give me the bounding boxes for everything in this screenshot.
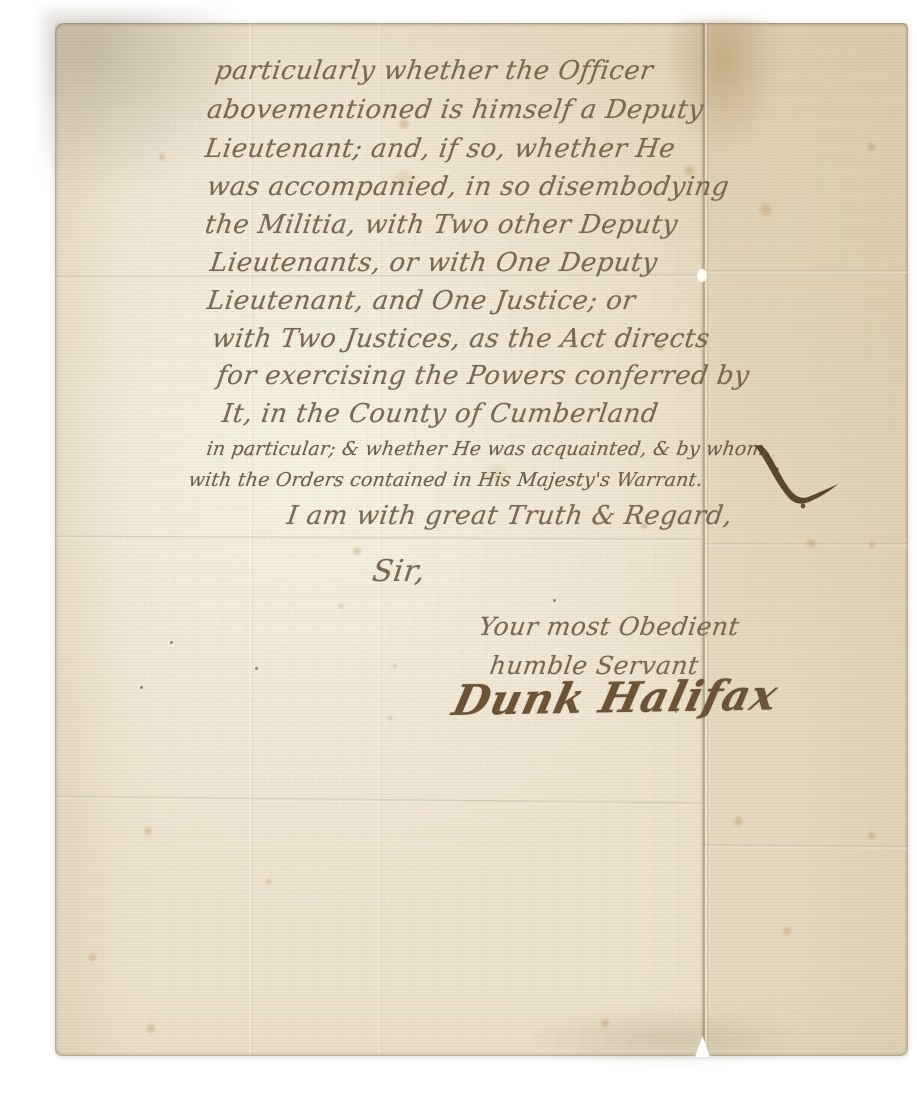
foxing-spot — [600, 1018, 610, 1028]
salutation-sir: Sir, — [370, 555, 428, 590]
foxing-spot — [758, 202, 773, 217]
ink-speck — [255, 667, 258, 670]
letter-paper: particularly whether the Officer aboveme… — [55, 23, 908, 1056]
letter-line: in particular; & whether He was acquaint… — [205, 439, 773, 461]
bottom-smudge — [525, 1008, 805, 1068]
letter-line: with the Orders contained in His Majesty… — [187, 470, 704, 492]
letter-line: the Militia, with Two other Deputy — [203, 211, 680, 241]
scanned-letter-image: particularly whether the Officer aboveme… — [0, 0, 917, 1100]
letter-line: particularly whether the Officer — [213, 57, 655, 87]
letter-line: It, in the County of Cumberland — [220, 400, 660, 430]
foxing-spot — [866, 142, 876, 152]
horizontal-crease-2-right — [703, 543, 908, 546]
letter-line: abovementioned is himself a Deputy — [205, 96, 705, 126]
letter-line: with Two Justices, as the Act directs — [210, 325, 712, 355]
closing-line: Your most Obedient — [477, 612, 741, 641]
letter-line: Lieutenants, or with One Deputy — [208, 249, 659, 279]
foxing-spot — [868, 541, 876, 549]
foxing-spot — [88, 953, 97, 962]
foxing-spot — [352, 546, 362, 556]
signature-dunk-halifax: Dunk Halifax — [448, 670, 783, 725]
letter-line: for exercising the Powers conferred by — [215, 362, 751, 392]
bottom-fold-notch — [695, 1036, 710, 1057]
letter-line: Lieutenant; and, if so, whether He — [203, 135, 677, 165]
ink-speck — [553, 599, 556, 602]
horizontal-crease-2-left — [55, 536, 703, 542]
foxing-spot — [145, 1023, 156, 1034]
paper-chip — [697, 269, 707, 282]
foxing-spot — [782, 926, 792, 936]
foxing-spot — [392, 663, 398, 669]
foxing-spot — [143, 826, 153, 836]
horizontal-crease-1-right — [703, 270, 908, 273]
foxing-spot — [338, 603, 344, 609]
foxing-spot — [158, 153, 166, 161]
horizontal-crease-3-right — [703, 844, 908, 848]
bird-shaped-ink-blot — [743, 436, 845, 520]
letter-line: was accompanied, in so disembodying — [205, 173, 731, 203]
horizontal-crease-4-right — [703, 1033, 908, 1036]
foxing-spot — [733, 816, 744, 827]
fold-top-stain — [663, 19, 783, 159]
letter-line: I am with great Truth & Regard, — [285, 502, 734, 532]
right-panel-tint — [703, 23, 908, 1056]
ink-speck — [140, 686, 143, 689]
horizontal-crease-3-left — [55, 796, 703, 806]
foxing-spot — [806, 538, 817, 549]
foxing-spot — [867, 831, 876, 840]
foxing-spot — [387, 715, 393, 721]
foxing-spot — [265, 878, 272, 885]
ink-speck — [170, 641, 173, 644]
left-edge-tint — [55, 23, 119, 1056]
letter-line: Lieutenant, and One Justice; or — [205, 287, 637, 317]
